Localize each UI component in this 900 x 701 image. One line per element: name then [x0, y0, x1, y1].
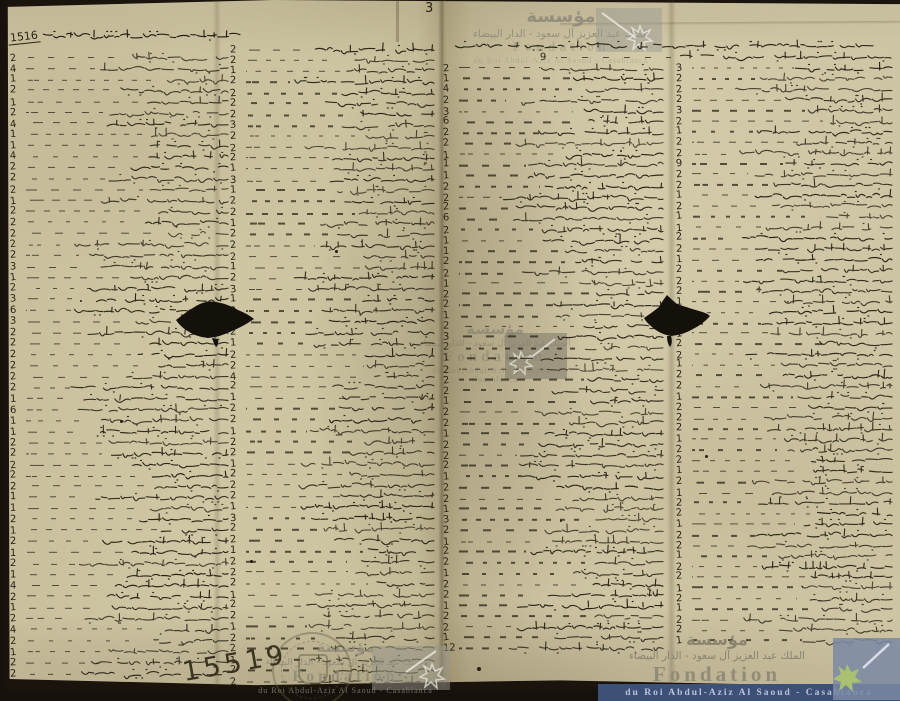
entry-leader-dashes — [26, 608, 96, 610]
entry-leader-dashes — [692, 364, 775, 366]
entry-number: 3 — [676, 105, 691, 116]
entry-number: 2 — [443, 257, 457, 267]
entry-number: 1 — [229, 621, 244, 633]
entry-number: 2 — [10, 437, 25, 448]
entry-leader-dashes — [26, 377, 117, 379]
entry-number: 2 — [230, 415, 244, 426]
entry-leader-dashes — [459, 465, 515, 467]
entry-number: 6 — [10, 305, 25, 316]
entry-leader-dashes — [26, 156, 140, 158]
entry-number: 1 — [443, 472, 458, 483]
entry-number: 2 — [10, 205, 24, 216]
entry-number: 2 — [676, 381, 690, 391]
entry-leader-dashes — [26, 57, 125, 59]
entry-number: 1 — [230, 185, 245, 196]
entry-leader-dashes — [246, 125, 344, 127]
entry-number: 1 — [10, 526, 25, 537]
entry-leader-dashes — [246, 366, 364, 368]
entry-number: 3 — [443, 514, 458, 525]
entry-number: 2 — [10, 448, 24, 458]
entry-leader-dashes — [26, 122, 97, 124]
entry-leader-dashes — [459, 197, 502, 199]
entry-leader-dashes — [459, 519, 584, 521]
entry-leader-dashes — [26, 321, 131, 323]
entry-number: 1 — [10, 73, 25, 84]
entry-number: 1 — [676, 466, 691, 477]
entry-number: 2 — [10, 328, 24, 338]
entry-number: 2 — [10, 172, 24, 182]
entry-leader-dashes — [26, 288, 94, 290]
entry-leader-dashes — [26, 178, 105, 180]
entry-number: 2 — [10, 515, 24, 525]
entry-number: 2 — [443, 95, 458, 106]
entry-number: 3 — [229, 119, 244, 130]
entry-number: 1 — [230, 687, 245, 698]
entry-leader-dashes — [246, 213, 355, 215]
entry-number: 1 — [443, 352, 458, 363]
entry-leader-dashes — [246, 200, 335, 202]
entry-number: 2 — [230, 448, 244, 459]
year-note-handwriting — [42, 28, 242, 46]
ink-speck — [705, 455, 708, 458]
entry-number: 3 — [10, 293, 25, 304]
entry-leader-dashes — [26, 167, 125, 169]
entry-number: 9 — [540, 52, 554, 63]
entry-number: 1 — [10, 415, 25, 426]
entry-leader-dashes — [692, 513, 814, 515]
entry-leader-dashes — [246, 59, 334, 61]
entry-leader-dashes — [246, 376, 361, 378]
entry-leader-dashes — [459, 153, 563, 155]
entry-leader-dashes — [459, 499, 562, 501]
entry-number: 2 — [676, 402, 691, 413]
entry-leader-dashes — [246, 484, 293, 486]
entry-leader-dashes — [692, 78, 756, 80]
entry-number: 1 — [9, 426, 24, 438]
entry-leader-dashes — [692, 184, 775, 186]
entry-number: 2 — [10, 250, 25, 261]
entry-number: 2 — [9, 238, 24, 250]
entry-number: 2 — [230, 45, 244, 55]
entry-number: 2 — [230, 361, 244, 372]
entry-leader-dashes — [26, 343, 130, 345]
entry-leader-dashes — [459, 282, 570, 284]
entry-leader-dashes — [26, 409, 67, 411]
entry-leader-dashes — [246, 451, 352, 453]
entry-number: 1 — [676, 359, 691, 370]
entry-leader-dashes — [459, 175, 520, 177]
ink-speck — [335, 250, 338, 253]
entry-number: 2 — [10, 107, 25, 118]
entry-leader-dashes — [692, 386, 744, 388]
entry-number: 6 — [443, 213, 457, 223]
entry-number: 1 — [443, 568, 458, 579]
entry-leader-dashes — [26, 618, 73, 620]
entry-number: 2 — [229, 556, 244, 568]
entry-leader-dashes — [459, 615, 587, 617]
entry-leader-dashes — [692, 535, 755, 537]
entry-leader-dashes — [246, 354, 356, 356]
entry-leader-dashes — [246, 223, 314, 225]
stamp-emblem — [298, 654, 328, 684]
entry-leader-dashes — [246, 93, 343, 95]
entry-number: 1 — [10, 503, 24, 513]
entry-number: 1 — [676, 433, 691, 444]
entry-leader-dashes — [459, 584, 582, 586]
watermark-blue-band: du Roi Abdul-Aziz Al Saoud - Casablanca — [598, 684, 900, 701]
entry-leader-dashes — [692, 173, 748, 175]
register-entry-row: 9 — [540, 51, 893, 62]
entry-leader-dashes — [692, 586, 803, 588]
entry-number: 1 — [443, 235, 458, 246]
entry-number: 2 — [442, 299, 457, 310]
entry-leader-dashes — [26, 651, 108, 653]
entry-number: 2 — [676, 169, 691, 180]
entry-leader-dashes — [692, 99, 781, 101]
entry-leader-dashes — [692, 493, 760, 495]
entry-leader-dashes — [692, 374, 771, 376]
entry-leader-dashes — [692, 120, 823, 122]
entry-number: 4 — [10, 150, 25, 161]
entry-leader-dashes — [692, 598, 797, 600]
entry-leader-dashes — [246, 616, 310, 618]
entry-leader-dashes — [459, 573, 564, 575]
entry-number: 2 — [10, 85, 24, 95]
entry-leader-dashes — [692, 259, 751, 261]
entry-leader-dashes — [692, 438, 776, 440]
entry-number: 2 — [675, 454, 690, 466]
entry-number: 2 — [676, 95, 690, 106]
entry-leader-dashes — [692, 110, 805, 112]
entry-leader-dashes — [459, 304, 553, 306]
entry-leader-dashes — [26, 89, 111, 91]
ink-blot-right — [641, 292, 713, 350]
entry-leader-dashes — [246, 135, 363, 137]
entry-leader-dashes — [692, 482, 753, 484]
entry-leader-dashes — [692, 460, 800, 462]
entry-leader-dashes — [246, 189, 327, 191]
entry-leader-dashes — [26, 267, 90, 269]
entry-leader-dashes — [692, 470, 804, 472]
entry-number: 1 — [675, 635, 690, 647]
entry-number: 2 — [10, 668, 25, 679]
entry-number: 2 — [230, 76, 244, 86]
entry-number: 2 — [676, 571, 691, 582]
entry-number: 1 — [10, 140, 25, 151]
entry-number: 4 — [9, 624, 24, 636]
entry-number: 1 — [9, 271, 24, 283]
entry-leader-dashes — [246, 441, 361, 443]
entry-number: 2 — [229, 195, 244, 206]
entry-leader-dashes — [459, 100, 506, 102]
entry-leader-dashes — [459, 423, 562, 425]
entry-leader-dashes — [246, 102, 315, 104]
entry-handwriting — [807, 633, 894, 649]
entry-leader-dashes — [459, 165, 526, 167]
entry-leader-dashes — [692, 153, 737, 155]
entry-number: 2 — [10, 613, 25, 624]
entry-leader-dashes — [246, 595, 310, 597]
entry-leader-dashes — [692, 608, 814, 610]
year-note-number: 1516 — [7, 28, 40, 45]
entry-leader-dashes — [459, 562, 588, 564]
entry-leader-dashes — [692, 407, 802, 409]
entry-number: 1 — [230, 546, 244, 556]
entry-leader-dashes — [692, 205, 763, 207]
entry-leader-dashes — [26, 244, 72, 246]
entry-leader-dashes — [246, 82, 290, 84]
entry-leader-dashes — [692, 270, 783, 272]
entry-leader-dashes — [246, 70, 340, 72]
entry-leader-dashes — [692, 88, 736, 90]
entry-leader-dashes — [692, 556, 768, 558]
entry-leader-dashes — [26, 585, 103, 587]
entry-number: 1 — [676, 189, 691, 200]
entry-leader-dashes — [26, 485, 151, 487]
entry-number: 1 — [229, 501, 244, 513]
entry-number: 1 — [10, 492, 24, 502]
entry-leader-dashes — [692, 281, 739, 283]
entry-leader-dashes — [26, 431, 83, 433]
entry-leader-dashes — [26, 232, 159, 234]
entry-number: 2 — [443, 482, 458, 493]
entry-leader-dashes — [246, 431, 307, 433]
entry-leader-dashes — [246, 605, 304, 607]
entry-leader-dashes — [692, 226, 766, 228]
entry-number: 2 — [443, 321, 457, 331]
entry-leader-dashes — [246, 147, 302, 149]
entry-leader-dashes — [692, 216, 815, 218]
register-entry-row: 1 — [676, 635, 894, 646]
entry-leader-dashes — [459, 379, 584, 381]
entry-leader-dashes — [246, 256, 347, 258]
entry-number: 4 — [443, 84, 458, 95]
entry-number: 12 — [443, 643, 457, 654]
entry-leader-dashes — [26, 674, 80, 676]
entry-leader-dashes — [246, 115, 346, 117]
entry-leader-dashes — [26, 398, 76, 400]
entry-number: 1 — [676, 550, 691, 561]
entry-leader-dashes — [459, 389, 541, 391]
entry-leader-dashes — [26, 465, 117, 467]
entry-leader-dashes — [459, 336, 548, 338]
entry-leader-dashes — [246, 299, 355, 301]
entry-leader-dashes — [246, 278, 286, 280]
entry-number: 2 — [10, 337, 24, 348]
entry-leader-dashes — [26, 255, 79, 257]
entry-leader-dashes — [246, 289, 313, 291]
entry-number: 2 — [230, 208, 244, 218]
entry-number: 9 — [675, 158, 690, 169]
entry-leader-dashes — [26, 552, 127, 554]
entry-number: 2 — [10, 217, 24, 227]
entry-leader-dashes — [26, 529, 157, 531]
entry-leader-dashes — [26, 518, 136, 520]
entry-leader-dashes — [246, 474, 344, 476]
entry-number: 2 — [676, 74, 690, 85]
entry-number: 1 — [230, 262, 244, 272]
entry-leader-dashes — [459, 208, 520, 210]
entry-number: 2 — [9, 161, 24, 173]
entry-leader-dashes — [459, 316, 544, 318]
entry-number: 1 — [10, 602, 25, 613]
entry-leader-dashes — [459, 326, 581, 328]
entry-leader-dashes — [26, 420, 92, 422]
entry-leader-dashes — [459, 261, 565, 263]
entry-leader-dashes — [459, 348, 575, 350]
entry-leader-dashes — [459, 648, 502, 650]
entry-leader-dashes — [246, 233, 334, 235]
entry-number: 6 — [442, 116, 457, 128]
entry-number: 2 — [443, 612, 457, 622]
entry-leader-dashes — [459, 122, 571, 124]
entry-leader-dashes — [246, 626, 307, 628]
entry-number: 2 — [9, 282, 24, 293]
entry-leader-dashes — [26, 365, 149, 367]
entry-leader-dashes — [246, 518, 308, 520]
entry-leader-dashes — [692, 428, 767, 430]
entry-leader-dashes — [26, 476, 144, 478]
entry-leader-dashes — [692, 620, 739, 622]
entry-leader-dashes — [459, 541, 542, 543]
entry-number: 2 — [10, 349, 25, 360]
entry-leader-dashes — [26, 277, 127, 279]
entry-number: 2 — [9, 469, 24, 480]
entry-leader-dashes — [692, 238, 734, 240]
entry-number: 2 — [442, 460, 457, 471]
ink-speck — [477, 667, 481, 671]
entry-leader-dashes — [692, 523, 795, 525]
entry-number: 2 — [443, 182, 458, 193]
entry-number: 1 — [443, 159, 457, 169]
entry-leader-dashes — [459, 368, 543, 370]
entry-number: 2 — [676, 264, 691, 275]
entry-number: 2 — [9, 370, 24, 382]
entry-number: 2 — [10, 536, 25, 547]
page-number: 3 — [425, 1, 433, 16]
entry-handwriting — [507, 641, 665, 657]
entry-leader-dashes — [459, 637, 543, 639]
entry-leader-dashes — [246, 561, 347, 563]
entry-leader-dashes — [692, 576, 805, 578]
entry-number: 2 — [229, 479, 244, 490]
entry-number: 2 — [229, 403, 244, 415]
entry-leader-dashes — [459, 273, 503, 275]
entry-number: 2 — [230, 382, 244, 392]
entry-leader-dashes — [26, 310, 71, 312]
entry-number: 2 — [230, 152, 244, 163]
entry-leader-dashes — [459, 529, 542, 531]
entry-leader-dashes — [459, 401, 580, 403]
register-entry-row: 12 — [443, 644, 665, 655]
entry-number: 2 — [676, 370, 690, 380]
entry-leader-dashes — [26, 453, 102, 455]
entry-leader-dashes — [459, 251, 558, 253]
entry-leader-dashes — [459, 143, 517, 145]
entry-leader-dashes — [246, 386, 331, 388]
entry-leader-dashes — [459, 357, 517, 359]
entry-leader-dashes — [246, 49, 310, 51]
entry-number: 1 — [10, 129, 25, 140]
entry-leader-dashes — [459, 475, 522, 477]
entry-number: 2 — [443, 343, 457, 353]
entry-leader-dashes — [692, 397, 793, 399]
entry-leader-dashes — [692, 67, 794, 69]
entry-leader-dashes — [26, 640, 142, 642]
entry-leader-dashes — [459, 67, 540, 69]
entry-leader-dashes — [246, 419, 321, 421]
entry-leader-dashes — [246, 408, 335, 410]
entry-leader-dashes — [246, 168, 323, 170]
year-note: 1516 — [8, 28, 234, 46]
entry-leader-dashes — [26, 298, 82, 300]
entry-leader-dashes — [459, 240, 532, 242]
entry-number: 2 — [442, 579, 457, 591]
entry-number: 1 — [443, 171, 458, 182]
entry-number: 1 — [10, 394, 24, 404]
entry-number: 3 — [10, 316, 24, 326]
entry-number: 2 — [676, 232, 691, 243]
entry-number: 2 — [230, 98, 244, 108]
entry-number: 3 — [10, 262, 24, 272]
entry-number: 2 — [675, 507, 690, 518]
entry-leader-dashes — [692, 630, 768, 632]
entry-number: 2 — [443, 590, 457, 600]
entry-leader-dashes — [459, 595, 536, 597]
entry-number: 1 — [443, 279, 457, 290]
entry-leader-dashes — [246, 529, 318, 531]
entry-handwriting — [676, 49, 893, 65]
entry-number: 1 — [675, 210, 690, 222]
entry-leader-dashes — [246, 551, 363, 553]
entry-leader-dashes — [692, 163, 783, 165]
entry-leader-dashes — [26, 496, 85, 498]
entry-leader-dashes — [26, 442, 109, 444]
entry-number: 2 — [10, 382, 24, 393]
entry-leader-dashes — [692, 449, 777, 451]
entry-number: 2 — [230, 578, 244, 588]
entry-leader-dashes — [26, 68, 95, 70]
entry-leader-dashes — [246, 583, 368, 585]
entry-leader-dashes — [26, 145, 143, 147]
entry-leader-dashes — [459, 293, 593, 295]
entry-leader-dashes — [26, 112, 103, 114]
entry-number: 2 — [230, 523, 244, 533]
entry-leader-dashes — [459, 432, 534, 434]
entry-leader-dashes — [692, 194, 750, 196]
ink-speck — [250, 560, 253, 563]
entry-leader-dashes — [246, 157, 329, 159]
entry-leader-dashes — [692, 131, 759, 133]
entry-number: 4 — [10, 581, 24, 591]
entry-leader-dashes — [459, 551, 526, 553]
entry-number: 2 — [676, 137, 690, 148]
entry-number: 2 — [676, 476, 691, 487]
entry-number: 2 — [10, 184, 25, 195]
entry-number: 2 — [230, 274, 244, 284]
entry-leader-dashes — [26, 508, 144, 510]
entry-number: 2 — [10, 481, 24, 491]
scan-left-edge — [0, 0, 7, 701]
entry-leader-dashes — [692, 501, 749, 503]
entry-number: 1 — [676, 603, 691, 614]
entry-leader-dashes — [246, 540, 316, 542]
entry-number: 2 — [676, 423, 690, 433]
entry-leader-dashes — [246, 464, 303, 466]
entry-leader-dashes — [26, 332, 87, 334]
entry-number: 2 — [442, 406, 457, 418]
watermark-latin-subtitle: du Roi Abdul-Aziz Al Saoud - Casablanca — [625, 688, 872, 698]
